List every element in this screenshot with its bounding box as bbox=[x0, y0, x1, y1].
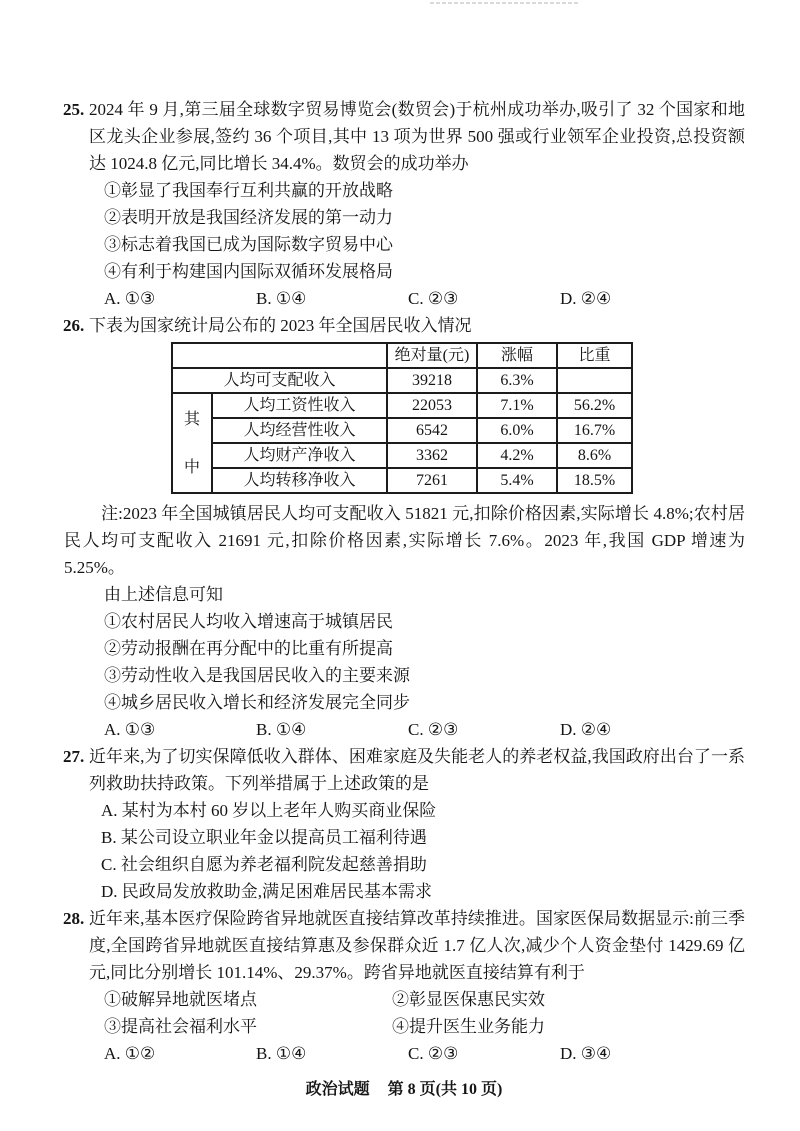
group-label-top: 其 bbox=[184, 408, 200, 431]
question-28-stem: 近年来,基本医疗保险跨省异地就医直接结算改革持续推进。国家医保局数据显示:前三季… bbox=[89, 905, 745, 986]
row-transfer-growth: 5.4% bbox=[477, 468, 557, 493]
question-28-choice-b: B. ①④ bbox=[256, 1040, 408, 1067]
question-27-option-a: A. 某村为本村 60 岁以上老年人购买商业保险 bbox=[89, 797, 745, 824]
question-28-choice-c: C. ②③ bbox=[408, 1040, 560, 1067]
question-25-number: 25. bbox=[63, 96, 89, 123]
income-table-header-row: 绝对量(元) 涨幅 比重 bbox=[172, 343, 632, 368]
question-26-stem: 下表为国家统计局公布的 2023 年全国居民收入情况 bbox=[89, 312, 745, 339]
income-table-header-growth: 涨幅 bbox=[477, 343, 557, 368]
exam-page: 25. 2024 年 9 月,第三届全球数字贸易博览会(数贸会)于杭州成功举办,… bbox=[0, 0, 800, 1131]
row-property-absolute: 3362 bbox=[387, 443, 477, 468]
page-footer: 政治试题第 8 页(共 10 页) bbox=[63, 1076, 745, 1103]
question-26-choices: A. ①③ B. ①④ C. ②③ D. ②④ bbox=[89, 716, 745, 743]
question-25: 25. 2024 年 9 月,第三届全球数字贸易博览会(数贸会)于杭州成功举办,… bbox=[63, 96, 745, 312]
income-table-summary-row: 人均可支配收入 39218 6.3% bbox=[172, 368, 632, 393]
question-28-body: 近年来,基本医疗保险跨省异地就医直接结算改革持续推进。国家医保局数据显示:前三季… bbox=[89, 905, 745, 1067]
question-28-choices: A. ①② B. ①④ C. ②③ D. ③④ bbox=[89, 1040, 745, 1067]
summary-growth: 6.3% bbox=[477, 368, 557, 393]
row-transfer-label: 人均转移净收入 bbox=[212, 468, 387, 493]
question-25-body: 2024 年 9 月,第三届全球数字贸易博览会(数贸会)于杭州成功举办,吸引了 … bbox=[89, 96, 745, 312]
row-business-growth: 6.0% bbox=[477, 418, 557, 443]
row-wage-label: 人均工资性收入 bbox=[212, 393, 387, 418]
question-26-leadin: 由上述信息可知 bbox=[89, 581, 745, 608]
income-table-row-wage: 其 中 人均工资性收入 22053 7.1% 56.2% bbox=[172, 393, 632, 418]
question-26-choice-d: D. ②④ bbox=[560, 716, 611, 743]
question-28-item-1: ①破解异地就医堵点 bbox=[104, 986, 392, 1013]
income-table-row-transfer: 人均转移净收入 7261 5.4% 18.5% bbox=[172, 468, 632, 493]
income-table-header-empty bbox=[172, 343, 387, 368]
row-wage-growth: 7.1% bbox=[477, 393, 557, 418]
row-transfer-share: 18.5% bbox=[557, 468, 632, 493]
row-business-share: 16.7% bbox=[557, 418, 632, 443]
footer-exam-title: 政治试题 bbox=[306, 1081, 370, 1098]
question-27-option-b: B. 某公司设立职业年金以提高员工福利待遇 bbox=[89, 824, 745, 851]
question-26-note: 注:2023 年全国城镇居民人均可支配收入 51821 元,扣除价格因素,实际增… bbox=[64, 500, 745, 581]
question-26-number: 26. bbox=[63, 312, 89, 339]
question-26-item-1: ①农村居民人均收入增速高于城镇居民 bbox=[89, 608, 745, 635]
income-table: 绝对量(元) 涨幅 比重 人均可支配收入 39218 6.3% 其 bbox=[171, 342, 633, 494]
question-28-item-2: ②彰显医保惠民实效 bbox=[392, 986, 745, 1013]
row-wage-absolute: 22053 bbox=[387, 393, 477, 418]
row-business-label: 人均经营性收入 bbox=[212, 418, 387, 443]
question-28-item-3: ③提高社会福利水平 bbox=[104, 1013, 392, 1040]
group-label-inner: 其 中 bbox=[177, 395, 207, 491]
question-25-choice-c: C. ②③ bbox=[408, 285, 560, 312]
question-26-choice-c: C. ②③ bbox=[408, 716, 560, 743]
question-25-stem: 2024 年 9 月,第三届全球数字贸易博览会(数贸会)于杭州成功举办,吸引了 … bbox=[89, 96, 745, 177]
question-27: 27. 近年来,为了切实保障低收入群体、困难家庭及失能老人的养老权益,我国政府出… bbox=[63, 743, 745, 905]
question-26-item-2: ②劳动报酬在再分配中的比重有所提高 bbox=[89, 635, 745, 662]
income-table-row-business: 人均经营性收入 6542 6.0% 16.7% bbox=[172, 418, 632, 443]
question-26-item-4: ④城乡居民收入增长和经济发展完全同步 bbox=[89, 689, 745, 716]
question-27-option-c: C. 社会组织自愿为养老福利院发起慈善捐助 bbox=[89, 851, 745, 878]
question-25-item-1: ①彰显了我国奉行互利共赢的开放战略 bbox=[89, 177, 745, 204]
summary-share-empty bbox=[557, 368, 632, 393]
income-table-header-share: 比重 bbox=[557, 343, 632, 368]
income-table-header-absolute: 绝对量(元) bbox=[387, 343, 477, 368]
row-wage-share: 56.2% bbox=[557, 393, 632, 418]
question-25-choice-d: D. ②④ bbox=[560, 285, 611, 312]
question-26-item-3: ③劳动性收入是我国居民收入的主要来源 bbox=[89, 662, 745, 689]
row-property-label: 人均财产净收入 bbox=[212, 443, 387, 468]
question-25-choice-a: A. ①③ bbox=[104, 285, 256, 312]
footer-page-info: 第 8 页(共 10 页) bbox=[388, 1081, 503, 1098]
question-25-choice-b: B. ①④ bbox=[256, 285, 408, 312]
question-28-choice-d: D. ③④ bbox=[560, 1040, 611, 1067]
group-label-cell: 其 中 bbox=[172, 393, 212, 493]
question-26-choice-a: A. ①③ bbox=[104, 716, 256, 743]
question-26: 26. 下表为国家统计局公布的 2023 年全国居民收入情况 绝对量(元) 涨幅… bbox=[63, 312, 745, 743]
question-26-body: 下表为国家统计局公布的 2023 年全国居民收入情况 绝对量(元) 涨幅 比重 … bbox=[89, 312, 745, 743]
question-27-option-d: D. 民政局发放救助金,满足困难居民基本需求 bbox=[89, 878, 745, 905]
scan-artifact-line bbox=[430, 2, 580, 4]
summary-label: 人均可支配收入 bbox=[172, 368, 387, 393]
question-27-number: 27. bbox=[63, 743, 89, 770]
question-28-items: ①破解异地就医堵点 ②彰显医保惠民实效 ③提高社会福利水平 ④提升医生业务能力 bbox=[89, 986, 745, 1040]
question-28-choice-a: A. ①② bbox=[104, 1040, 256, 1067]
question-28-item-4: ④提升医生业务能力 bbox=[392, 1013, 745, 1040]
row-transfer-absolute: 7261 bbox=[387, 468, 477, 493]
row-property-share: 8.6% bbox=[557, 443, 632, 468]
row-business-absolute: 6542 bbox=[387, 418, 477, 443]
question-25-item-3: ③标志着我国已成为国际数字贸易中心 bbox=[89, 231, 745, 258]
question-25-choices: A. ①③ B. ①④ C. ②③ D. ②④ bbox=[89, 285, 745, 312]
question-28: 28. 近年来,基本医疗保险跨省异地就医直接结算改革持续推进。国家医保局数据显示… bbox=[63, 905, 745, 1067]
question-27-body: 近年来,为了切实保障低收入群体、困难家庭及失能老人的养老权益,我国政府出台了一系… bbox=[89, 743, 745, 905]
question-27-stem: 近年来,为了切实保障低收入群体、困难家庭及失能老人的养老权益,我国政府出台了一系… bbox=[89, 743, 745, 797]
income-table-row-property: 人均财产净收入 3362 4.2% 8.6% bbox=[172, 443, 632, 468]
question-26-choice-b: B. ①④ bbox=[256, 716, 408, 743]
group-label-bottom: 中 bbox=[184, 456, 200, 479]
question-28-number: 28. bbox=[63, 905, 89, 932]
question-25-item-4: ④有利于构建国内国际双循环发展格局 bbox=[89, 258, 745, 285]
summary-absolute: 39218 bbox=[387, 368, 477, 393]
question-25-item-2: ②表明开放是我国经济发展的第一动力 bbox=[89, 204, 745, 231]
row-property-growth: 4.2% bbox=[477, 443, 557, 468]
